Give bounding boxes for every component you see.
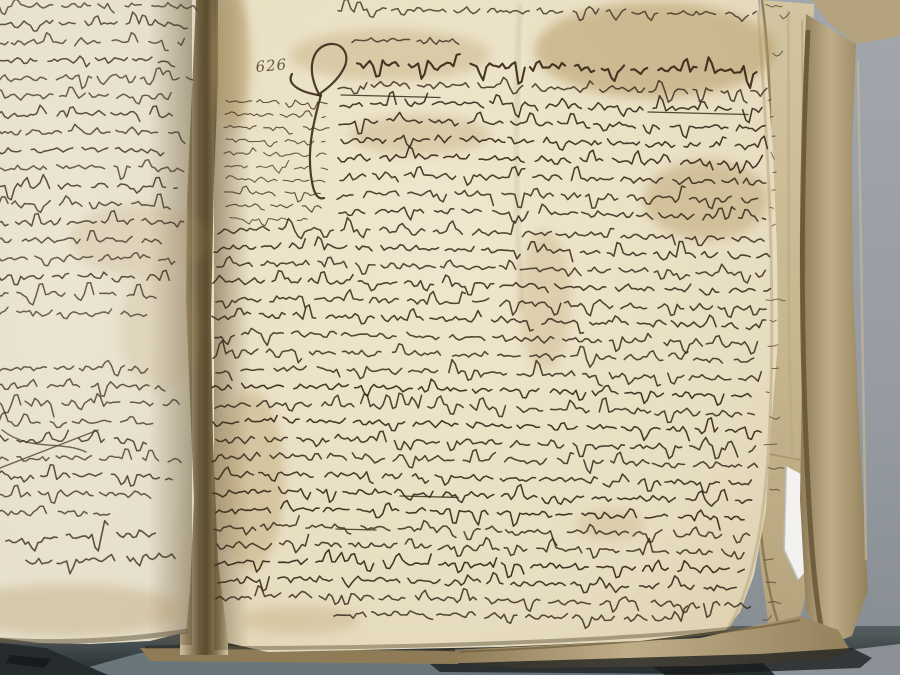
manuscript-photo: 626 — [0, 0, 900, 675]
manuscript-photo-svg: 626 — [0, 0, 900, 675]
folio-number: 626 — [255, 55, 288, 76]
